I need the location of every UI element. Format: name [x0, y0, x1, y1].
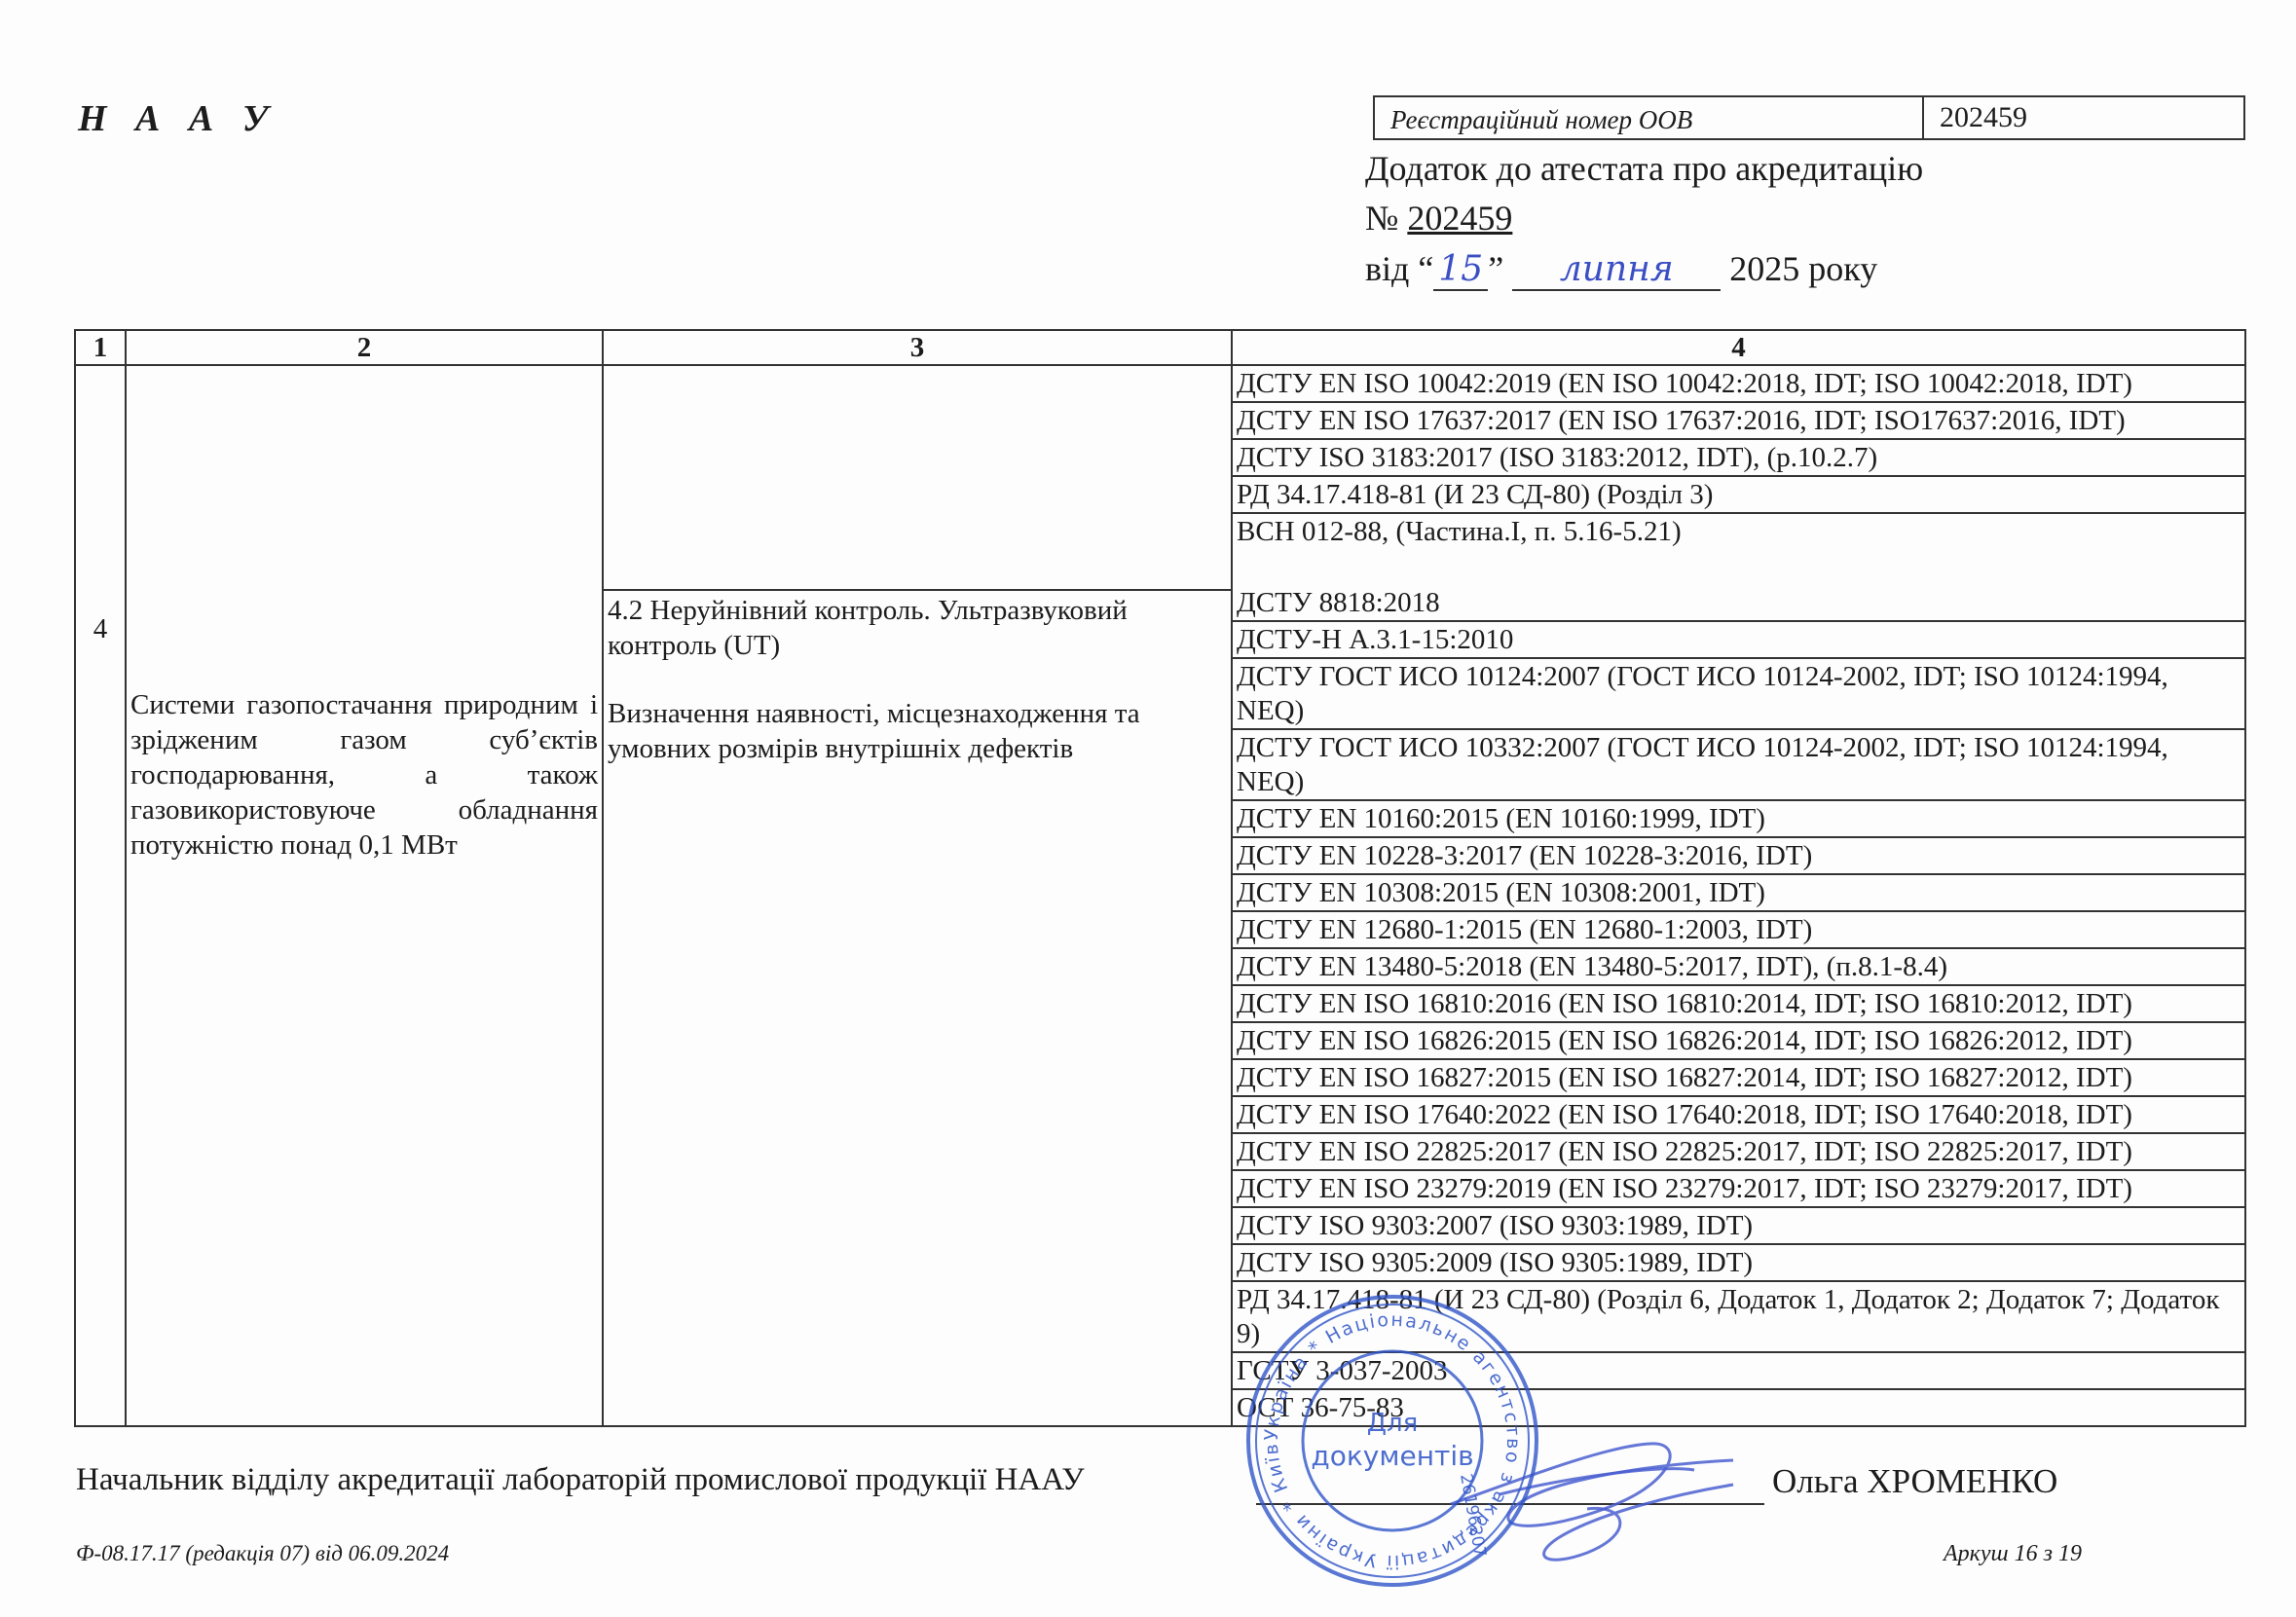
standard-item: ДСТУ EN 13480-5:2018 (EN 13480-5:2017, I…	[1233, 949, 2244, 986]
column-header-3: 3	[603, 330, 1232, 365]
standard-item: ВСН 012-88, (Частина.І, п. 5.16-5.21)	[1233, 514, 2244, 585]
method-cell: 4.2 Неруйнівний контроль. Ультразвуковий…	[603, 365, 1232, 1426]
standard-item: ДСТУ EN ISO 17640:2022 (EN ISO 17640:201…	[1233, 1097, 2244, 1134]
date-month-handwritten: липня	[1512, 249, 1721, 291]
column-header-4: 4	[1232, 330, 2245, 365]
standard-item: ДСТУ EN 12680-1:2015 (EN 12680-1:2003, I…	[1233, 912, 2244, 949]
method-section-2: 4.2 Неруйнівний контроль. Ультразвуковий…	[608, 591, 1227, 766]
standard-item: ДСТУ EN 10308:2015 (EN 10308:2001, IDT)	[1233, 875, 2244, 912]
standard-item: ДСТУ ISO 9305:2009 (ISO 9305:1989, IDT)	[1233, 1245, 2244, 1282]
date-day-handwritten: 15	[1433, 249, 1488, 291]
method-title: 4.2 Неруйнівний контроль. Ультразвуковий…	[608, 593, 1227, 663]
method-section-1	[604, 366, 1231, 591]
signatory-title: Начальник відділу акредитації лабораторі…	[76, 1462, 1085, 1498]
date-mid: ”	[1488, 249, 1503, 288]
standard-item: ДСТУ ISO 9303:2007 (ISO 9303:1989, IDT)	[1233, 1208, 2244, 1245]
number-value: 202459	[1407, 199, 1512, 238]
svg-text:документів: документів	[1311, 1440, 1473, 1472]
standard-item: ДСТУ ГОСТ ИСО 10332:2007 (ГОСТ ИСО 10124…	[1233, 730, 2244, 801]
sheet-number: Аркуш 16 з 19	[1944, 1541, 2082, 1567]
standard-item: ДСТУ EN ISO 17637:2017 (EN ISO 17637:201…	[1233, 403, 2244, 440]
row-number: 4	[80, 611, 121, 646]
official-stamp-icon: Україна * Національне агентство з акреди…	[1241, 1290, 1543, 1592]
form-code: Ф-08.17.17 (редакція 07) від 06.09.2024	[76, 1541, 449, 1566]
standard-item: ДСТУ EN ISO 23279:2019 (EN ISO 23279:201…	[1233, 1171, 2244, 1208]
standard-item: ДСТУ EN 10228-3:2017 (EN 10228-3:2016, I…	[1233, 838, 2244, 875]
svg-text:Для: Для	[1367, 1409, 1419, 1438]
standard-item: РД 34.17.418-81 (И 23 СД-80) (Розділ 3)	[1233, 477, 2244, 514]
standard-item: ДСТУ EN ISO 22825:2017 (EN ISO 22825:201…	[1233, 1134, 2244, 1171]
row-number-cell: 4	[75, 365, 126, 1426]
object-cell: Системи газопостачання природним і зрідж…	[126, 365, 603, 1426]
date-prefix: від “	[1365, 249, 1433, 288]
standard-item: ДСТУ 8818:2018	[1233, 585, 2244, 622]
signatory-name: Ольга ХРОМЕНКО	[1772, 1462, 2057, 1501]
standard-item: ДСТУ ГОСТ ИСО 10124:2007 (ГОСТ ИСО 10124…	[1233, 659, 2244, 730]
method-description: Визначення наявності, місцезнаходження т…	[608, 696, 1227, 766]
number-prefix: №	[1365, 199, 1398, 238]
table-row: 4 Системи газопостачання природним і зрі…	[75, 365, 2245, 1426]
registration-number-value: 202459	[1924, 97, 2243, 138]
standard-item: ДСТУ EN ISO 10042:2019 (EN ISO 10042:201…	[1233, 366, 2244, 403]
standards-list-section-1: ДСТУ EN ISO 10042:2019 (EN ISO 10042:201…	[1233, 366, 2244, 585]
org-abbreviation: Н А А У	[78, 97, 278, 140]
standard-item: ДСТУ ISO 3183:2017 (ISO 3183:2012, IDT),…	[1233, 440, 2244, 477]
object-description: Системи газопостачання природним і зрідж…	[130, 687, 598, 863]
certificate-date: від “15” липня 2025 року	[1365, 248, 1877, 291]
column-header-1: 1	[75, 330, 126, 365]
standard-item: ДСТУ EN ISO 16826:2015 (EN ISO 16826:201…	[1233, 1023, 2244, 1060]
date-suffix: 2025 року	[1729, 249, 1877, 288]
registration-number-label: Реєстраційний номер ООВ	[1375, 97, 1924, 138]
standard-item: ДСТУ EN 10160:2015 (EN 10160:1999, IDT)	[1233, 801, 2244, 838]
standard-item: ДСТУ EN ISO 16827:2015 (EN ISO 16827:201…	[1233, 1060, 2244, 1097]
accreditation-scope-table: 1 2 3 4 4 Системи газопостачання природн…	[74, 329, 2246, 1427]
appendix-title: Додаток до атестата про акредитацію	[1365, 148, 1923, 189]
certificate-number: № 202459	[1365, 198, 1512, 239]
column-header-2: 2	[126, 330, 603, 365]
standard-item: ДСТУ EN ISO 16810:2016 (EN ISO 16810:201…	[1233, 986, 2244, 1023]
table-header-row: 1 2 3 4	[75, 330, 2245, 365]
registration-number-box: Реєстраційний номер ООВ 202459	[1373, 95, 2245, 140]
standard-item: ДСТУ-Н А.3.1-15:2010	[1233, 622, 2244, 659]
standards-cell: ДСТУ EN ISO 10042:2019 (EN ISO 10042:201…	[1232, 365, 2245, 1426]
